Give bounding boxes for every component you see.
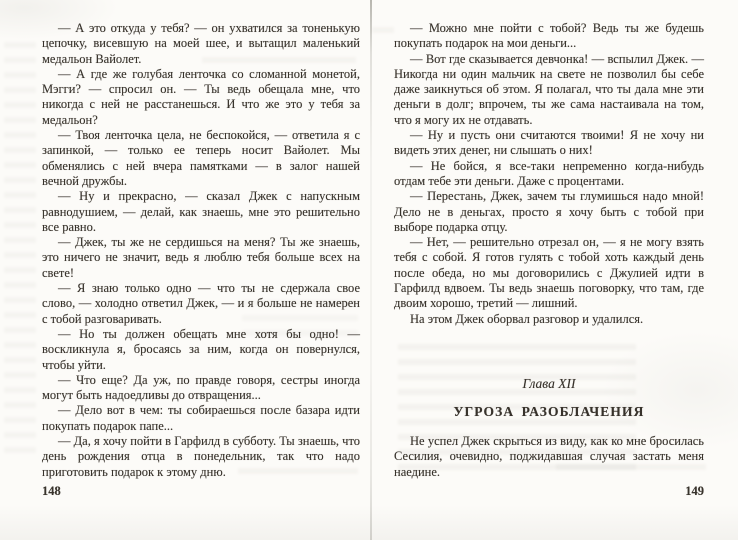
- paragraph: — Можно мне пойти с тобой? Ведь ты же бу…: [394, 21, 704, 52]
- paragraph: — А это откуда у тебя? — он ухватился за…: [42, 21, 360, 67]
- book-scan-spread: — А это откуда у тебя? — он ухватился за…: [0, 0, 738, 540]
- paragraph: — Я знаю только одно — что ты не сдержал…: [42, 281, 360, 327]
- page-number-left: 148: [42, 484, 61, 499]
- page-gutter-fold: [370, 0, 372, 540]
- paragraph: — Твоя ленточка цела, не беспокойся, — о…: [42, 128, 360, 189]
- paragraph: — Что еще? Да уж, по правде говоря, сест…: [42, 373, 360, 404]
- bleedthrough-artifact: [4, 42, 36, 456]
- paragraph: — Дело вот в чем: ты собираешься после б…: [42, 403, 360, 434]
- paragraph: — Вот где сказывается девчонка! — вспыли…: [394, 52, 704, 128]
- paragraph: — А где же голубая ленточка со сломанной…: [42, 67, 360, 128]
- paragraph: — Но ты должен обещать мне хотя бы одно!…: [42, 327, 360, 373]
- paragraph: — Ну и прекрасно, — сказал Джек с напуск…: [42, 189, 360, 235]
- paragraph: На этом Джек оборвал разговор и удалился…: [394, 312, 704, 327]
- paragraph: — Перестань, Джек, зачем ты глумишься на…: [394, 189, 704, 235]
- paragraph: — Ну и пусть они считаются твоими! Я не …: [394, 128, 704, 159]
- bleedthrough-artifact: [372, 27, 394, 38]
- chapter-number-heading: Глава XII: [394, 376, 704, 392]
- paragraph: — Джек, ты же не сердишься на меня? Ты ж…: [42, 235, 360, 281]
- left-page-text-column: — А это откуда у тебя? — он ухватился за…: [42, 21, 360, 480]
- paragraph: Не успел Джек скрыться из виду, как ко м…: [394, 434, 704, 480]
- paragraph: — Да, я хочу пойти в Гарфилд в субботу. …: [42, 434, 360, 480]
- right-page-text-column: — Можно мне пойти с тобой? Ведь ты же бу…: [394, 21, 704, 327]
- chapter-title-heading: УГРОЗА РАЗОБЛАЧЕНИЯ: [394, 404, 704, 420]
- page-number-right: 149: [394, 484, 704, 499]
- paragraph: — Не бойся, я все-таки непременно когда-…: [394, 159, 704, 190]
- right-page-chapter-opening-text: Не успел Джек скрыться из виду, как ко м…: [394, 434, 704, 480]
- paragraph: — Нет, — решительно отрезал он, — я не м…: [394, 235, 704, 311]
- paper-smudge: [0, 505, 738, 540]
